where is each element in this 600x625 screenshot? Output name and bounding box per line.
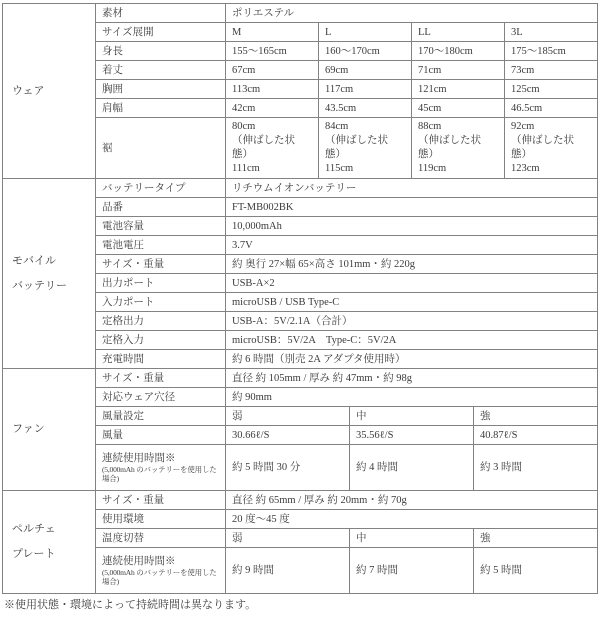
value-cell: 約 奥行 27×幅 65×高さ 101mm・約 220g <box>226 255 598 274</box>
value-cell: 80cm （伸ばした状態） 111cm <box>226 118 319 179</box>
value-cell: 約 90mm <box>226 388 598 407</box>
attr-cell-battery-size-weight: サイズ・重量 <box>96 255 226 274</box>
value-cell: 43.5cm <box>319 99 412 118</box>
value-cell: 約 9 時間 <box>226 548 350 594</box>
value-cell: 67cm <box>226 61 319 80</box>
value-cell: 71cm <box>412 61 505 80</box>
value-cell: 45cm <box>412 99 505 118</box>
value-cell-medium: 中 <box>350 529 474 548</box>
value-cell: 113cm <box>226 80 319 99</box>
spec-table: ウェア 素材 ポリエステル サイズ展開 M L LL 3L 身長 155〜165… <box>2 3 598 594</box>
value-cell: 73cm <box>505 61 598 80</box>
attr-cell-capacity: 電池容量 <box>96 217 226 236</box>
attr-cell-chest: 胸囲 <box>96 80 226 99</box>
attr-cell-hole-diameter: 対応ウェア穴径 <box>96 388 226 407</box>
value-cell: 121cm <box>412 80 505 99</box>
value-cell: 30.66ℓ/S <box>226 426 350 445</box>
value-cell: USB-A：5V/2.1A（合計） <box>226 312 598 331</box>
value-cell: 約 4 時間 <box>350 445 474 491</box>
value-cell-strong: 強 <box>474 407 598 426</box>
value-cell: 40.87ℓ/S <box>474 426 598 445</box>
attr-cell-charge-time: 充電時間 <box>96 350 226 369</box>
value-cell: 170〜180cm <box>412 42 505 61</box>
attr-cell-fan-continuous-use: 連続使用時間※ (5,000mAh のバッテリーを使用した場合) <box>96 445 226 491</box>
value-cell: 155〜165cm <box>226 42 319 61</box>
footer-note: ※使用状態・環境によって持続時間は異なります。 <box>2 598 600 612</box>
attr-cell-rated-output: 定格出力 <box>96 312 226 331</box>
attr-cell-rated-input: 定格入力 <box>96 331 226 350</box>
attr-cell-temp-setting: 温度切替 <box>96 529 226 548</box>
continuous-use-label: 連続使用時間※ <box>102 555 219 568</box>
value-cell-strong: 強 <box>474 529 598 548</box>
value-cell: USB-A×2 <box>226 274 598 293</box>
value-cell-size-ll: LL <box>412 23 505 42</box>
value-cell: 175〜185cm <box>505 42 598 61</box>
value-cell: 約 6 時間（別売 2A アダプタ使用時） <box>226 350 598 369</box>
attr-cell-output-port: 出力ポート <box>96 274 226 293</box>
attr-cell-body-length: 着丈 <box>96 61 226 80</box>
section-label-fan: ファン <box>3 369 96 491</box>
value-cell: 92cm （伸ばした状態） 123cm <box>505 118 598 179</box>
value-cell: 10,000mAh <box>226 217 598 236</box>
value-cell: リチウムイオンバッテリー <box>226 179 598 198</box>
value-cell: 約 5 時間 <box>474 548 598 594</box>
value-cell: 69cm <box>319 61 412 80</box>
attr-cell-hem: 裾 <box>96 118 226 179</box>
attr-cell-shoulder: 肩幅 <box>96 99 226 118</box>
value-cell: 約 7 時間 <box>350 548 474 594</box>
attr-cell-input-port: 入力ポート <box>96 293 226 312</box>
value-cell: 42cm <box>226 99 319 118</box>
continuous-use-note: (5,000mAh のバッテリーを使用した場合) <box>102 568 219 586</box>
attr-cell-voltage: 電池電圧 <box>96 236 226 255</box>
value-cell: 3.7V <box>226 236 598 255</box>
value-cell-medium: 中 <box>350 407 474 426</box>
value-cell: 84cm （伸ばした状態） 115cm <box>319 118 412 179</box>
table-row: ウェア 素材 ポリエステル <box>3 4 598 23</box>
value-cell-weak: 弱 <box>226 407 350 426</box>
value-cell: 直径 約 65mm / 厚み 約 20mm・約 70g <box>226 491 598 510</box>
attr-cell-fan-size-weight: サイズ・重量 <box>96 369 226 388</box>
attr-cell-airflow-setting: 風量設定 <box>96 407 226 426</box>
section-label-peltier: ペルチェ プレート <box>3 491 96 594</box>
value-cell-size-l: L <box>319 23 412 42</box>
attr-cell-model-number: 品番 <box>96 198 226 217</box>
table-row: ペルチェ プレート サイズ・重量 直径 約 65mm / 厚み 約 20mm・約… <box>3 491 598 510</box>
attr-cell-airflow: 風量 <box>96 426 226 445</box>
section-label-wear: ウェア <box>3 4 96 179</box>
value-cell: microUSB：5V/2A Type-C：5V/2A <box>226 331 598 350</box>
value-cell: 117cm <box>319 80 412 99</box>
page: ウェア 素材 ポリエステル サイズ展開 M L LL 3L 身長 155〜165… <box>0 0 600 612</box>
value-cell: 35.56ℓ/S <box>350 426 474 445</box>
value-cell-size-3l: 3L <box>505 23 598 42</box>
attr-cell-material: 素材 <box>96 4 226 23</box>
value-cell: 20 度〜45 度 <box>226 510 598 529</box>
value-cell: 直径 約 105mm / 厚み 約 47mm・約 98g <box>226 369 598 388</box>
value-cell: 46.5cm <box>505 99 598 118</box>
value-cell-size-m: M <box>226 23 319 42</box>
value-cell: 約 5 時間 30 分 <box>226 445 350 491</box>
continuous-use-label: 連続使用時間※ <box>102 452 219 465</box>
attr-cell-size-range: サイズ展開 <box>96 23 226 42</box>
value-cell: 88cm （伸ばした状態） 119cm <box>412 118 505 179</box>
value-cell: 125cm <box>505 80 598 99</box>
attr-cell-peltier-size-weight: サイズ・重量 <box>96 491 226 510</box>
attr-cell-peltier-continuous-use: 連続使用時間※ (5,000mAh のバッテリーを使用した場合) <box>96 548 226 594</box>
value-cell: 160〜170cm <box>319 42 412 61</box>
attr-cell-operating-env: 使用環境 <box>96 510 226 529</box>
section-label-battery: モバイル バッテリー <box>3 179 96 369</box>
continuous-use-note: (5,000mAh のバッテリーを使用した場合) <box>102 465 219 483</box>
value-cell-material: ポリエステル <box>226 4 598 23</box>
value-cell: microUSB / USB Type-C <box>226 293 598 312</box>
attr-cell-battery-type: バッテリータイプ <box>96 179 226 198</box>
table-row: ファン サイズ・重量 直径 約 105mm / 厚み 約 47mm・約 98g <box>3 369 598 388</box>
value-cell: 約 3 時間 <box>474 445 598 491</box>
attr-cell-height: 身長 <box>96 42 226 61</box>
value-cell: FT-MB002BK <box>226 198 598 217</box>
value-cell-weak: 弱 <box>226 529 350 548</box>
table-row: モバイル バッテリー バッテリータイプ リチウムイオンバッテリー <box>3 179 598 198</box>
